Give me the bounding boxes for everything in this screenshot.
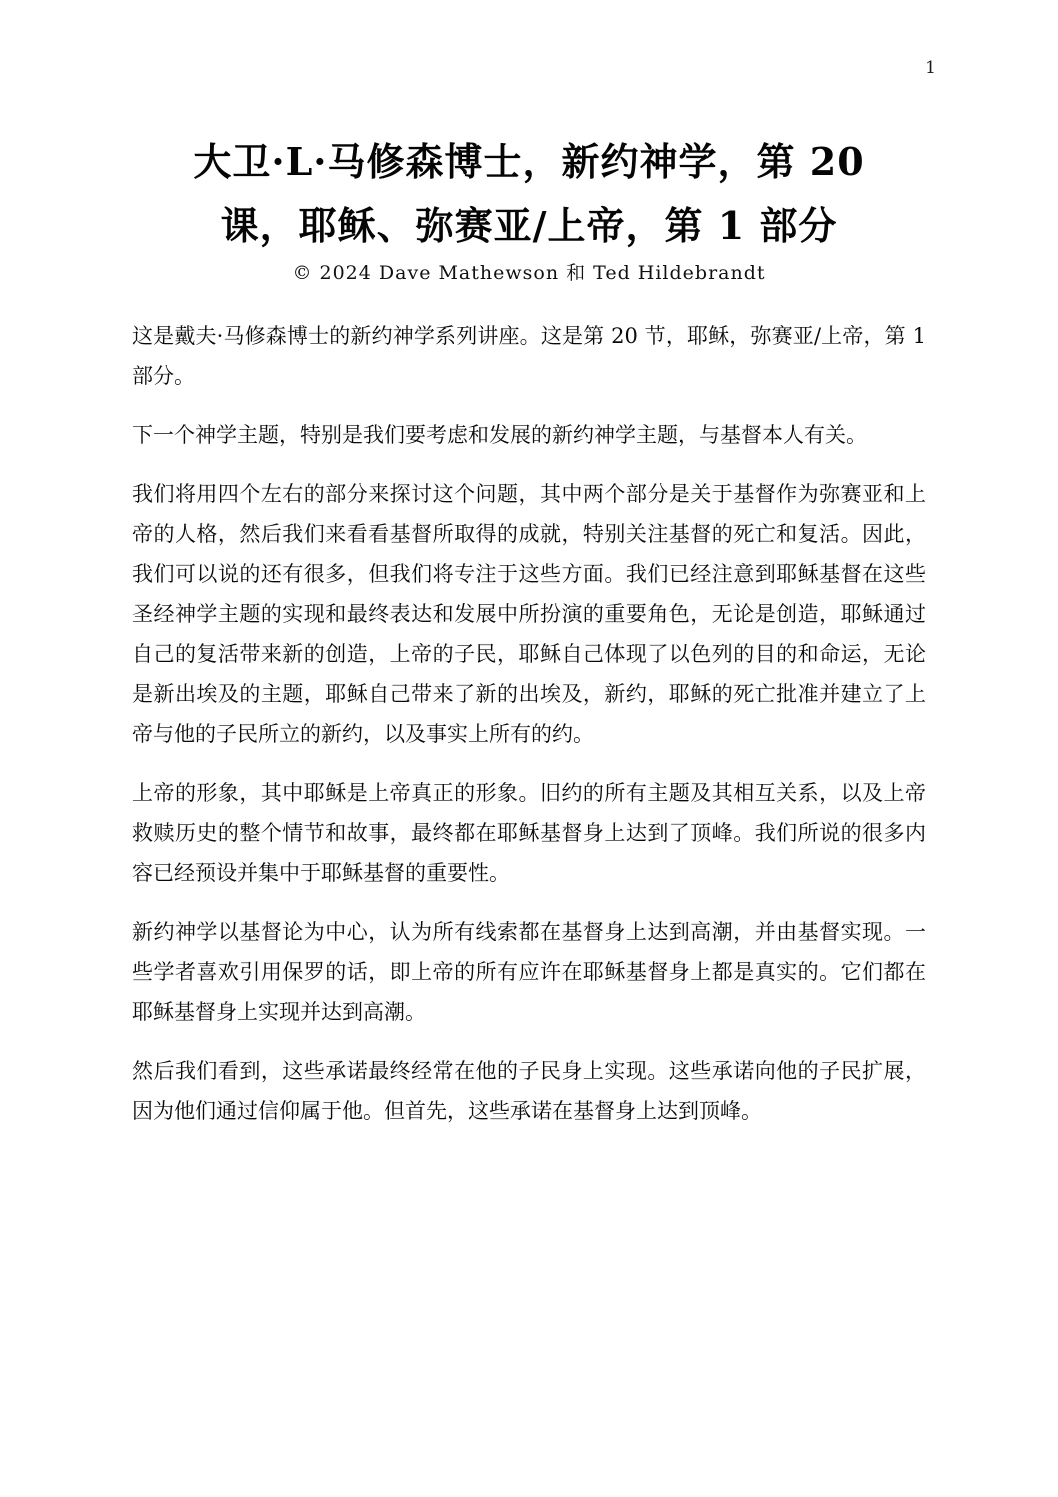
paragraph: 新约神学以基督论为中心，认为所有线索都在基督身上达到高潮，并由基督实现。一些学者… (132, 912, 926, 1032)
paragraph: 这是戴夫·马修森博士的新约神学系列讲座。这是第 20 节，耶稣，弥赛亚/上帝，第… (132, 316, 926, 396)
title-line-1: 大卫·L·马修森博士，新约神学，第 20 (0, 130, 1058, 194)
title-line-2: 课，耶稣、弥赛亚/上帝，第 1 部分 (0, 194, 1058, 258)
document-page: 1 大卫·L·马修森博士，新约神学，第 20 课，耶稣、弥赛亚/上帝，第 1 部… (0, 0, 1058, 1497)
copyright-line: © 2024 Dave Mathewson 和 Ted Hildebrandt (0, 261, 1058, 285)
paragraph: 我们将用四个左右的部分来探讨这个问题，其中两个部分是关于基督作为弥赛亚和上帝的人… (132, 474, 926, 754)
paragraph: 下一个神学主题，特别是我们要考虑和发展的新约神学主题，与基督本人有关。 (132, 415, 926, 455)
document-body: 这是戴夫·马修森博士的新约神学系列讲座。这是第 20 节，耶稣，弥赛亚/上帝，第… (132, 316, 926, 1131)
paragraph: 上帝的形象，其中耶稣是上帝真正的形象。旧约的所有主题及其相互关系，以及上帝救赎历… (132, 773, 926, 893)
paragraph: 然后我们看到，这些承诺最终经常在他的子民身上实现。这些承诺向他的子民扩展，因为他… (132, 1051, 926, 1131)
page-number: 1 (925, 56, 936, 80)
document-title: 大卫·L·马修森博士，新约神学，第 20 课，耶稣、弥赛亚/上帝，第 1 部分 (0, 0, 1058, 258)
